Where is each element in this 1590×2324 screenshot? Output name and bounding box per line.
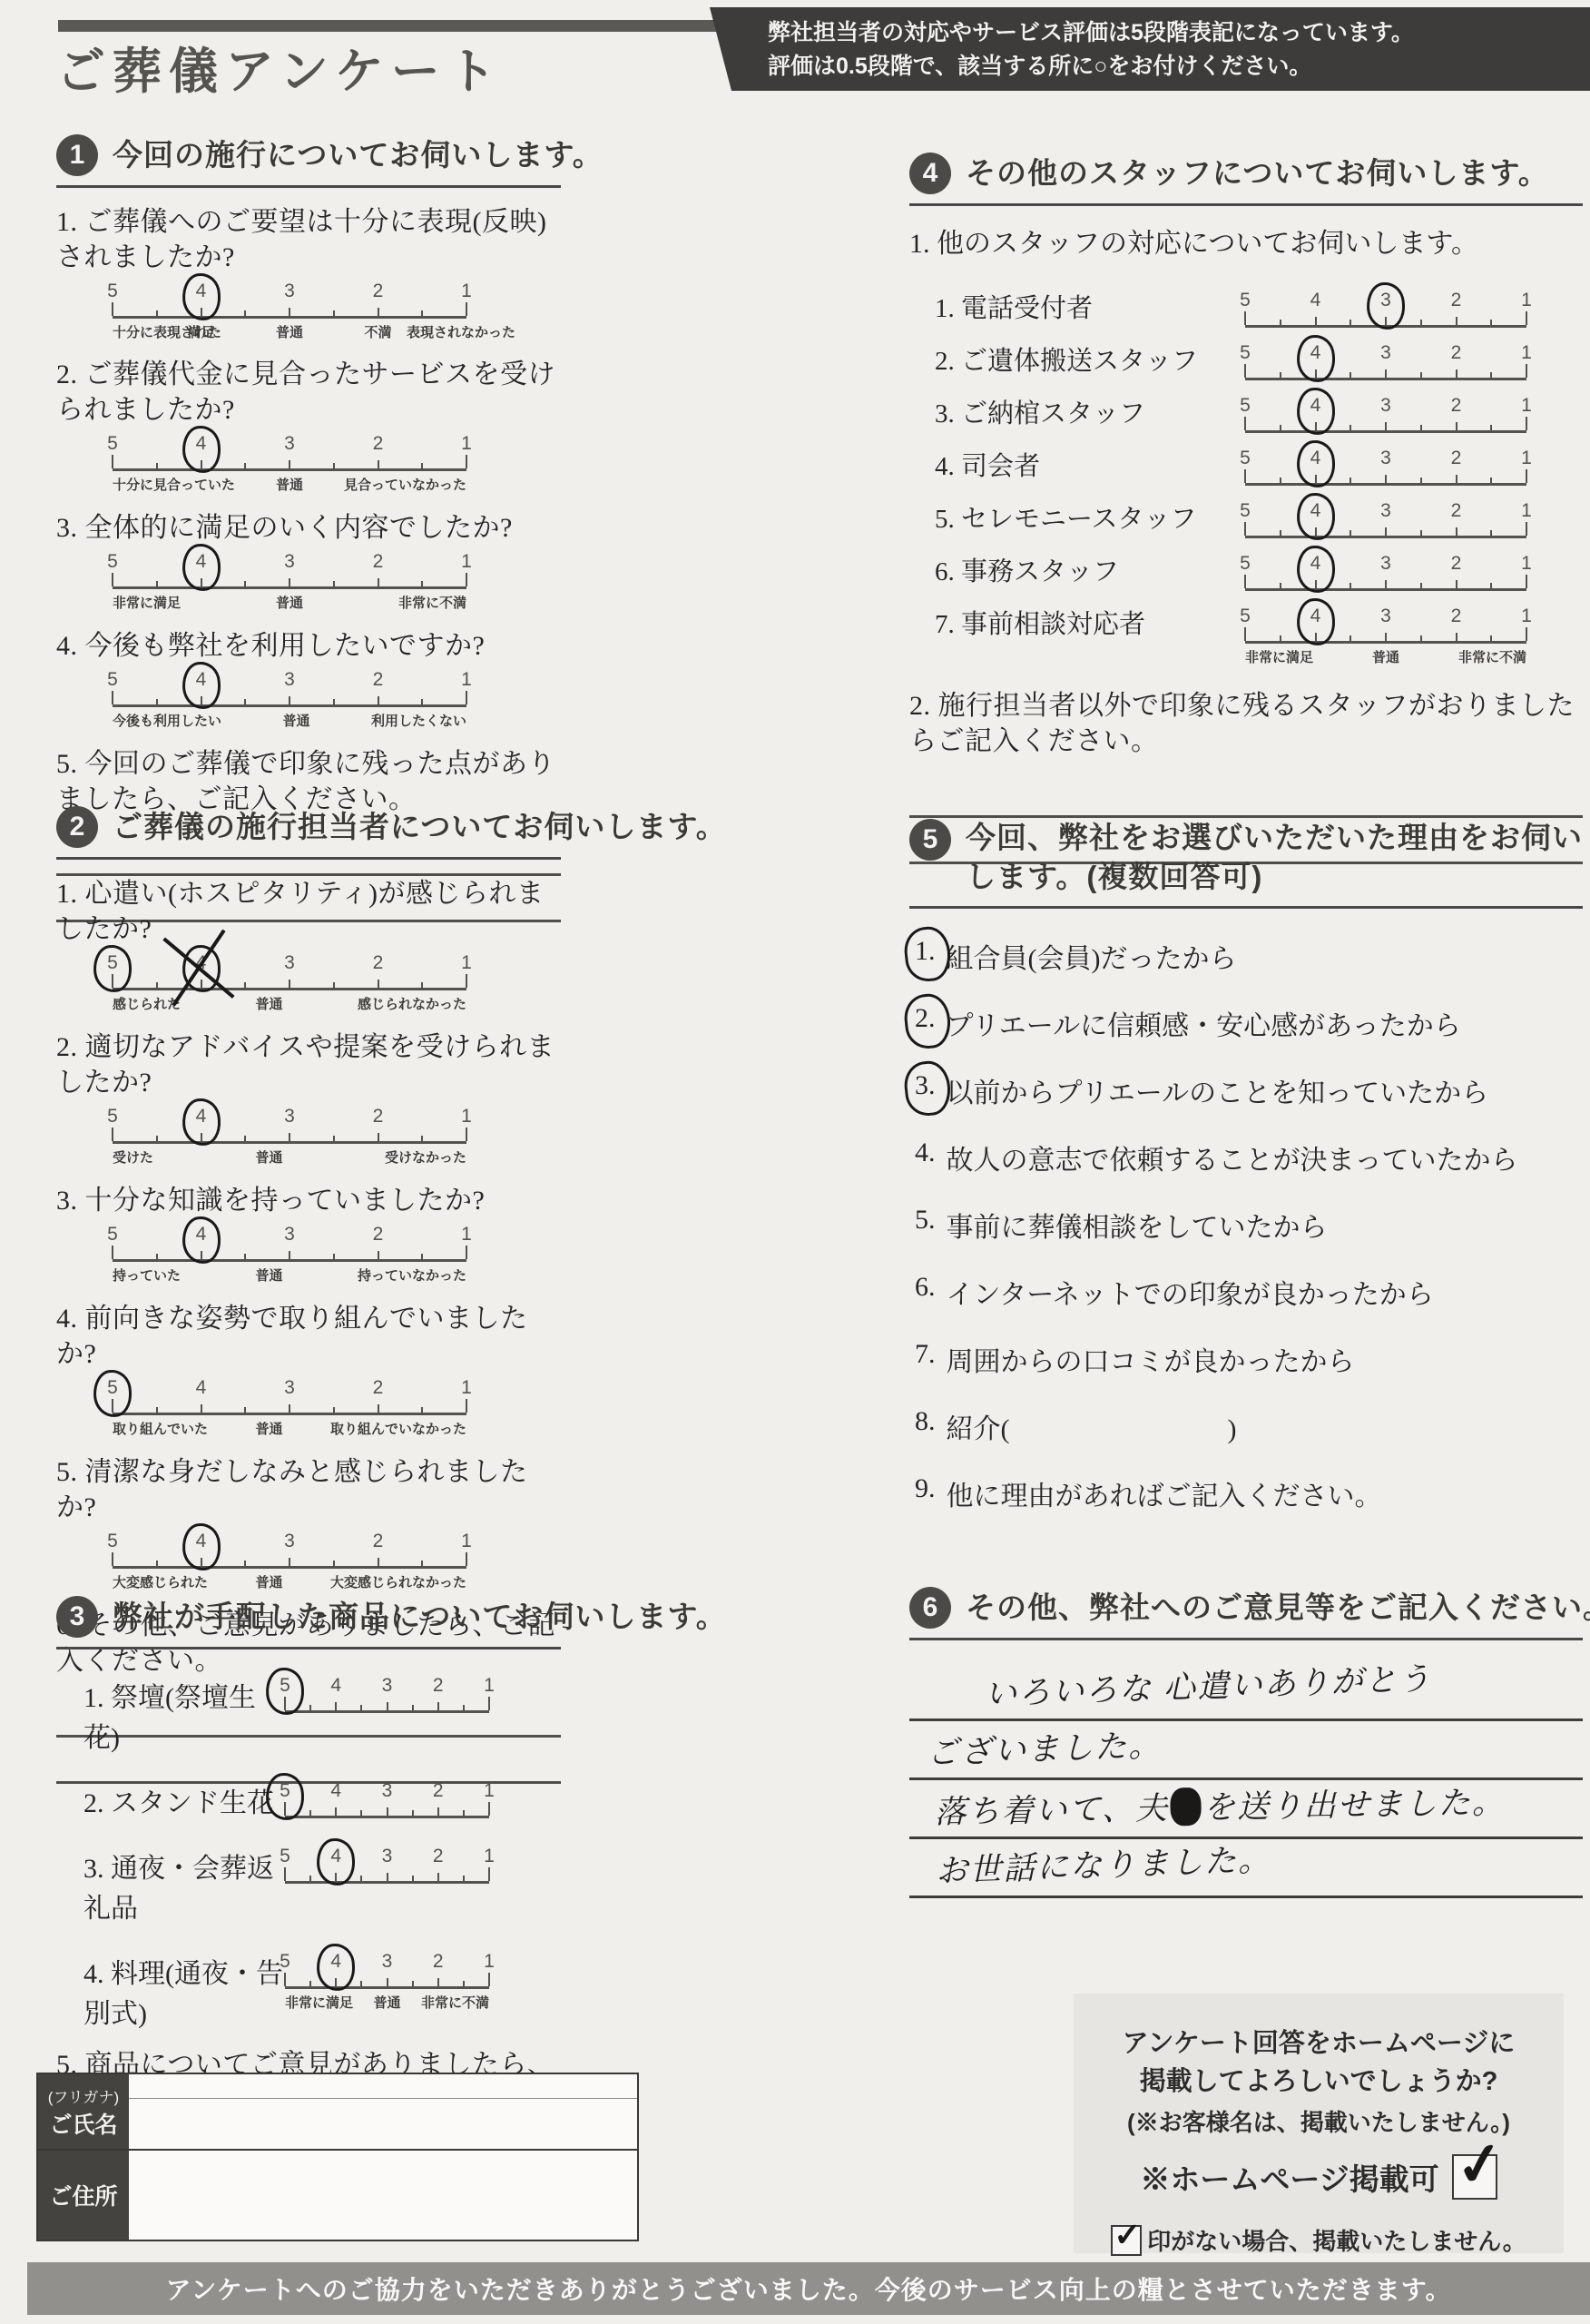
scale-tick <box>437 1702 439 1710</box>
scale-number: 2 <box>373 669 384 691</box>
scale-tick <box>156 1254 158 1259</box>
hp-disclaimer: 印がない場合、掲載いたしません。 <box>1147 2223 1526 2257</box>
scale-numbers: 54321 <box>1245 395 1526 417</box>
scale-label: 十分に見合っていた <box>113 475 235 494</box>
scale-number: 3 <box>284 551 295 573</box>
scale-label: 非常に不満 <box>398 593 466 612</box>
scale-tick <box>244 1407 246 1413</box>
rating-scale: 54321 非常に満足 普通 非常に不満 <box>285 1945 489 2012</box>
question: 5. 清潔な身だしなみと感じられましたか? 54321 大変感じられた 普通 大… <box>56 1454 561 1591</box>
scale-number: 5 <box>107 433 118 455</box>
reason-item: 9. 他に理由があればご記入ください。 <box>909 1473 1583 1513</box>
scale-tick <box>1526 522 1527 536</box>
handwritten-text-part: を送り出せました。 <box>1203 1785 1507 1826</box>
scale-number: 3 <box>284 433 295 455</box>
scale-number: 3 <box>382 1675 393 1697</box>
scale-number: 5 <box>1240 290 1251 311</box>
scale-number: 5 <box>107 551 118 573</box>
scale-ruler <box>285 1697 489 1713</box>
question: 1. ご葬儀へのご要望は十分に表現(反映)されましたか? 54321 十分に表現… <box>56 204 561 340</box>
scale-number: 1 <box>461 1377 472 1399</box>
scale-tick <box>1456 475 1457 483</box>
homepage-ok-checkbox: ✓ <box>1452 2154 1497 2200</box>
scale-tick <box>1280 635 1281 641</box>
scale-label: 普通 <box>282 711 309 730</box>
scale-tick <box>437 1873 439 1881</box>
scale-number: 1 <box>1521 500 1532 522</box>
scale-ruler <box>113 302 466 319</box>
scale-tick <box>421 699 423 704</box>
check-glyph: ✓ <box>1114 2216 1141 2254</box>
scale-number: 5 <box>280 1951 290 1973</box>
scale-tick <box>378 1133 379 1141</box>
scale-tick <box>112 1128 113 1141</box>
product-label: 1. 祭壇(祭壇生花) <box>83 1675 285 1755</box>
scale-tick <box>1350 635 1351 641</box>
hp-question-line1: アンケート回答をホームページに <box>1074 2024 1564 2063</box>
scale-number: 3 <box>1380 395 1391 417</box>
scale-tick <box>1420 372 1422 378</box>
scale-number: 3 <box>1380 342 1391 364</box>
scale-tick <box>437 1978 439 1986</box>
scale-tick <box>378 1404 379 1413</box>
scale-number: 4 <box>330 1675 341 1697</box>
staff-label: 2. ご遺体搬送スタッフ <box>935 340 1245 378</box>
scale-ruler <box>113 573 466 589</box>
scale-number: 2 <box>1451 342 1462 364</box>
scale-numbers: 54321 <box>113 1224 466 1246</box>
scale-tick <box>1490 635 1492 641</box>
product-label: 4. 料理(通夜・告別式) <box>83 1951 285 2031</box>
handwritten-text-part: 落ち着いて、夫 <box>934 1790 1169 1830</box>
rating-scale: 54321 非常に満足 普通 非常に不満 <box>113 551 466 612</box>
footer-text: アンケートへのご協力をいただきありがとうございました。今後のサービス向上の糧とさ… <box>165 2270 1451 2307</box>
product-row: 3. 通夜・会葬返礼品 54321 <box>56 1846 561 1925</box>
scale-tick <box>360 1810 362 1816</box>
scale-number: 5 <box>107 281 118 302</box>
hp-ok-label: ※ホームページ掲載可 <box>1140 2156 1438 2199</box>
handwritten-text: いろいろな 心遣いありがとう <box>984 1654 1432 1715</box>
question-text: 4. 今後も弊社を利用したいですか? <box>56 628 561 664</box>
scale-number: 2 <box>433 1951 444 1973</box>
scale-tick <box>156 1136 158 1141</box>
scale-tick <box>289 696 290 704</box>
page-title: ご葬儀アンケート <box>56 33 504 103</box>
question-text: 4. 前向きな姿勢で取り組んでいましたか? <box>56 1301 561 1372</box>
scale-tick <box>1350 372 1351 378</box>
scale-number: 5 <box>107 669 118 691</box>
scale-tick <box>333 310 335 316</box>
scale-number: 3 <box>284 281 295 302</box>
scale-tick <box>1456 527 1457 536</box>
scale-number: 1 <box>461 433 472 455</box>
scale-number: 1 <box>1521 553 1532 575</box>
section-title-line1: 今回、弊社をお選びいただいた理由をお伺い <box>966 821 1583 854</box>
scale-number: 2 <box>433 1675 444 1697</box>
scale-tick <box>112 1552 113 1566</box>
scale-tick <box>1350 530 1351 536</box>
scale-ruler <box>113 1246 466 1262</box>
furigana-label: (フリガナ) <box>48 2084 119 2107</box>
scale-label: 受けた <box>113 1147 153 1167</box>
scale-tick <box>1420 530 1422 536</box>
scale-label: 大変感じられた <box>113 1572 208 1591</box>
rating-scale: 54321 持っていた 普通 持っていなかった <box>113 1224 466 1285</box>
scale-numbers: 54321 <box>285 1951 489 1973</box>
scale-tick <box>309 1705 311 1710</box>
staff-row: 3. ご納棺スタッフ 54321 <box>909 393 1583 433</box>
scale-tick <box>421 982 423 988</box>
scale-tick <box>289 460 290 468</box>
section-title: その他のスタッフについてお伺いします。 <box>966 154 1549 193</box>
scale-number: 2 <box>1451 553 1462 575</box>
scale-number: 3 <box>284 1224 295 1246</box>
scale-tick <box>1490 530 1492 536</box>
scale-tick <box>333 982 335 988</box>
scale-tick <box>360 1981 362 1986</box>
notice-line2: 評価は0.5段階で、該当する所に○をお付けください。 <box>768 50 1590 84</box>
scale-tick <box>387 1978 388 1986</box>
top-rule-bar <box>58 20 826 32</box>
scale-tick <box>488 1867 490 1881</box>
scale-number: 2 <box>433 1780 444 1802</box>
scale-numbers: 54321 <box>113 1106 466 1128</box>
scale-tick <box>1350 583 1351 588</box>
footer-bar: アンケートへのご協力をいただきありがとうございました。今後のサービス向上の糧とさ… <box>27 2262 1590 2315</box>
scale-number: 2 <box>1451 290 1462 311</box>
reason-number: 8. <box>915 1406 936 1436</box>
scale-number: 1 <box>484 1675 495 1697</box>
scale-number: 5 <box>1240 448 1251 469</box>
scale-tick <box>463 1876 465 1881</box>
scale-ruler <box>113 1128 466 1144</box>
scale-tick <box>378 980 379 988</box>
question: 2. 適切なアドバイスや提案を受けられましたか? 54321 受けた 普通 受け… <box>56 1029 561 1167</box>
scale-number: 1 <box>461 669 472 691</box>
scale-tick <box>1526 311 1527 325</box>
scale-number: 2 <box>373 433 384 455</box>
scale-number: 5 <box>1240 606 1251 627</box>
reason-item: 2. プリエールに信頼感・安心感があったから <box>909 1003 1583 1043</box>
scale-tick <box>463 1810 465 1816</box>
scale-number: 2 <box>373 952 384 974</box>
scale-number: 1 <box>1521 448 1532 469</box>
scale-numbers: 54321 <box>1245 606 1526 627</box>
handwritten-text: ございました。 <box>926 1720 1163 1774</box>
scale-tick <box>289 1558 290 1566</box>
scale-tick <box>1490 478 1492 483</box>
scale-number: 3 <box>382 1846 393 1867</box>
scale-tick <box>387 1807 388 1816</box>
scale-number: 4 <box>1310 290 1321 311</box>
scale-tick <box>1456 633 1457 641</box>
scale-tick <box>156 1561 158 1566</box>
write-in-line <box>909 772 1583 818</box>
scale-tick <box>1280 425 1281 430</box>
staff-row: 2. ご遺体搬送スタッフ 54321 <box>909 340 1583 380</box>
scale-number: 5 <box>1240 395 1251 417</box>
scale-numbers: 54321 <box>113 433 466 455</box>
scale-tick <box>463 1705 465 1710</box>
scale-tick <box>488 1973 490 1986</box>
scale-numbers: 54321 <box>113 669 466 691</box>
name-label: ご氏名 <box>49 2107 117 2140</box>
scale-tick <box>333 581 335 586</box>
scale-tick <box>156 982 158 988</box>
reason-text: 以前からプリエールのことを知っていたから <box>947 1070 1489 1110</box>
reason-text: 組合員(会員)だったから <box>947 936 1237 976</box>
scale-label: 普通 <box>1372 647 1399 666</box>
scale-tick <box>1244 627 1246 641</box>
scale-number: 1 <box>461 1224 472 1246</box>
scale-tick <box>156 463 158 468</box>
scale-label: 大変感じられなかった <box>330 1572 466 1591</box>
question-text: 1. 心遣い(ホスピタリティ)が感じられましたか? <box>56 876 561 947</box>
scale-tick <box>1490 583 1492 588</box>
scale-tick <box>1244 364 1246 378</box>
scale-tick <box>378 696 379 704</box>
product-label: 3. 通夜・会葬返礼品 <box>83 1846 285 1925</box>
question-text: 5. 清潔な身だしなみと感じられましたか? <box>56 1454 561 1525</box>
scale-tick <box>1244 469 1246 483</box>
scale-tick <box>1456 580 1457 588</box>
scale-label: 普通 <box>255 1265 282 1285</box>
section-number-badge: 2 <box>56 806 98 848</box>
reason-text: 紹介( ) <box>947 1406 1237 1446</box>
scale-tick <box>466 455 467 468</box>
scale-tick <box>244 463 246 468</box>
staff-label: 3. ご納棺スタッフ <box>935 393 1245 430</box>
section-title: 今回、弊社をお選びいただいた理由をお伺い します。(複数回答可) <box>966 819 1583 897</box>
rating-scale: 54321 <box>1245 547 1526 591</box>
scale-tick <box>466 974 467 988</box>
section-title: 弊社が手配した商品についてお伺いします。 <box>113 1598 727 1637</box>
scale-ruler <box>113 974 466 990</box>
scale-tick <box>378 1558 379 1566</box>
scale-tick <box>156 699 158 704</box>
scale-tick <box>1244 417 1246 430</box>
scale-tick <box>1490 372 1492 378</box>
scale-tick <box>244 1136 246 1141</box>
scale-number: 1 <box>461 1531 472 1552</box>
scale-number: 1 <box>461 952 472 974</box>
scale-number: 1 <box>484 1780 495 1802</box>
rating-scale: 54321 <box>1245 442 1526 486</box>
scale-label: 見合っていなかった <box>344 475 466 494</box>
address-field <box>129 2151 637 2240</box>
reason-number: 9. <box>915 1473 936 1503</box>
staff-row: 6. 事務スタッフ 54321 <box>909 551 1583 591</box>
scale-number: 1 <box>461 281 472 302</box>
scale-tick <box>333 1561 335 1566</box>
scale-numbers: 54321 <box>113 551 466 573</box>
scale-label: 受けなかった <box>385 1147 466 1167</box>
scale-tick <box>333 1254 335 1259</box>
scale-number: 5 <box>280 1846 290 1867</box>
scale-number: 2 <box>373 1377 384 1399</box>
handwritten-text: お世話になりました。 <box>935 1835 1272 1892</box>
scale-ruler <box>1245 627 1526 644</box>
scale-label: 普通 <box>276 593 303 612</box>
scale-label: 不満 <box>364 322 391 341</box>
scale-tick <box>335 1807 337 1816</box>
staff-label: 1. 電話受付者 <box>935 288 1245 325</box>
reason-number: 4. <box>915 1137 936 1167</box>
section-title-line2: します。(複数回答可) <box>966 860 1262 893</box>
scale-tick <box>466 302 467 316</box>
scale-number: 3 <box>1380 448 1391 469</box>
scale-tick <box>1420 320 1422 325</box>
name-row: (フリガナ) ご氏名 <box>38 2074 637 2149</box>
scale-tick <box>156 581 158 586</box>
scale-label: 普通 <box>373 1993 400 2012</box>
handwriting-line: 落ち着いて、夫を送り出せました。 <box>909 1780 1583 1839</box>
rating-scale: 54321 今後も利用したい 普通 利用したくない <box>113 669 466 730</box>
scale-number: 2 <box>373 551 384 573</box>
scale-tick <box>1244 575 1246 588</box>
rating-scale: 54321 <box>1245 337 1526 380</box>
scale-tick <box>421 581 423 586</box>
scale-tick <box>289 1404 290 1413</box>
scale-tick <box>466 691 467 704</box>
scale-number: 5 <box>1240 342 1251 364</box>
scale-number: 2 <box>1451 606 1462 627</box>
rating-scale: 54321 非常に満足 普通 非常に不満 <box>1245 600 1526 666</box>
scale-number: 2 <box>373 1106 384 1128</box>
question-text: 1. 他のスタッフの対応についてお伺いします。 <box>909 221 1583 261</box>
scale-ruler <box>113 691 466 707</box>
product-row: 4. 料理(通夜・告別式) 54321 非常に満足 普通 非常に不満 <box>56 1951 561 2031</box>
homepage-permission-box: アンケート回答をホームページに 掲載してよろしいでしょうか? (※お客様名は、掲… <box>1074 1994 1564 2253</box>
handwriting-line: お世話になりました。 <box>909 1839 1583 1898</box>
reason-item: 4. 故人の意志で依頼することが決まっていたから <box>909 1137 1583 1177</box>
scale-tick <box>421 1136 423 1141</box>
reason-item: 7. 周囲からの口コミが良かったから <box>909 1339 1583 1379</box>
scale-tick <box>333 463 335 468</box>
rating-scale: 54321 大変感じられた 普通 大変感じられなかった <box>113 1531 466 1591</box>
scale-number: 5 <box>107 1106 118 1128</box>
scale-tick <box>1385 369 1387 378</box>
scale-numbers: 54321 <box>285 1780 489 1802</box>
scale-tick <box>421 1254 423 1259</box>
scale-tick <box>1244 311 1246 325</box>
scale-label: 非常に満足 <box>113 593 181 612</box>
scale-ruler <box>1245 364 1526 380</box>
handwriting-line: いろいろな 心遣いありがとう <box>909 1662 1583 1721</box>
scale-tick <box>421 1407 423 1413</box>
scale-label: 非常に不満 <box>421 1993 489 2012</box>
scale-tick <box>1385 422 1387 430</box>
scale-label: 普通 <box>255 994 282 1013</box>
scale-tick <box>244 1561 246 1566</box>
scale-label: 普通 <box>255 1419 282 1438</box>
scale-tick <box>1490 425 1492 430</box>
rating-scale: 54321 感じられた 普通 感じられなかった <box>113 952 466 1013</box>
notice-line1: 弊社担当者の対応やサービス評価は5段階表記になっています。 <box>768 16 1590 50</box>
scale-label: 普通 <box>276 322 303 341</box>
staff-row: 1. 電話受付者 54321 <box>909 288 1583 328</box>
scale-tick <box>335 1702 337 1710</box>
staff-label: 7. 事前相談対応者 <box>935 604 1245 641</box>
scale-tick <box>360 1705 362 1710</box>
scale-number: 2 <box>1451 500 1462 522</box>
scale-tick <box>421 310 423 316</box>
question: 3. 十分な知識を持っていましたか? 54321 持っていた 普通 持っていなか… <box>56 1183 561 1285</box>
scanned-survey-page: 弊社担当者の対応やサービス評価は5段階表記になっています。 評価は0.5段階で、… <box>0 0 1590 2324</box>
scale-tick <box>421 463 423 468</box>
scale-number: 1 <box>484 1846 495 1867</box>
scale-number: 3 <box>284 952 295 974</box>
scale-number: 1 <box>484 1951 495 1973</box>
question: 4. 前向きな姿勢で取り組んでいましたか? 54321 取り組んでいた 普通 取… <box>56 1301 561 1438</box>
scale-number: 1 <box>1521 606 1532 627</box>
scale-number: 5 <box>1240 553 1251 575</box>
section-5: 5 今回、弊社をお選びいただいた理由をお伺い します。(複数回答可) 1. 組合… <box>909 819 1583 1513</box>
scale-tick <box>1526 364 1527 378</box>
scale-numbers: 54321 <box>285 1846 489 1867</box>
scale-tick <box>421 1561 423 1566</box>
scale-tick <box>1456 422 1457 430</box>
reason-item: 5. 事前に葬儀相談をしていたから <box>909 1205 1583 1245</box>
scale-tick <box>378 578 379 586</box>
section-title: その他、弊社へのご意見等をご記入ください。 <box>966 1589 1590 1628</box>
scale-label: 持っていた <box>113 1265 181 1285</box>
scale-tick <box>289 980 290 988</box>
scale-tick <box>1420 478 1422 483</box>
scale-tick <box>378 460 379 468</box>
scale-number: 3 <box>382 1951 393 1973</box>
reason-text: 周囲からの口コミが良かったから <box>947 1339 1355 1379</box>
scale-tick <box>112 302 113 316</box>
scale-tick <box>1315 317 1317 325</box>
scale-number: 2 <box>373 1531 384 1552</box>
scale-tick <box>112 691 113 704</box>
rating-scale: 54321 <box>1245 389 1526 433</box>
scale-tick <box>333 1407 335 1413</box>
scale-tick <box>1280 478 1281 483</box>
question: 4. 今後も弊社を利用したいですか? 54321 今後も利用したい 普通 利用し… <box>56 628 561 730</box>
scale-label: 非常に満足 <box>1245 647 1313 666</box>
scale-tick <box>244 982 246 988</box>
scale-number: 1 <box>1521 395 1532 417</box>
scale-tick <box>466 1399 467 1413</box>
rating-scale: 54321 <box>285 1775 489 1818</box>
scale-tick <box>466 1246 467 1259</box>
scale-ruler <box>113 1552 466 1569</box>
scale-numbers: 54321 <box>113 281 466 302</box>
section-number-badge: 1 <box>56 134 98 176</box>
scale-tick <box>378 308 379 316</box>
reason-item: 1. 組合員(会員)だったから <box>909 936 1583 976</box>
reason-number: 6. <box>915 1272 936 1302</box>
scale-ruler <box>285 1802 489 1818</box>
reason-item: 6. インターネットでの印象が良かったから <box>909 1272 1583 1312</box>
scale-label: 満足 <box>187 322 214 341</box>
scale-number: 3 <box>284 1531 295 1552</box>
reason-text: インターネットでの印象が良かったから <box>947 1272 1434 1312</box>
scale-tick <box>437 1807 439 1816</box>
scale-tick <box>289 578 290 586</box>
scale-ruler <box>285 1973 489 1989</box>
reason-number: 7. <box>915 1339 936 1369</box>
scale-tick <box>466 1552 467 1566</box>
name-field <box>129 2074 637 2149</box>
staff-label: 6. 事務スタッフ <box>935 551 1245 588</box>
scale-tick <box>284 1973 286 1986</box>
scale-number: 2 <box>373 1224 384 1246</box>
pen-crossed-circle-mark <box>181 944 222 994</box>
scale-numbers: 54321 <box>1245 500 1526 522</box>
